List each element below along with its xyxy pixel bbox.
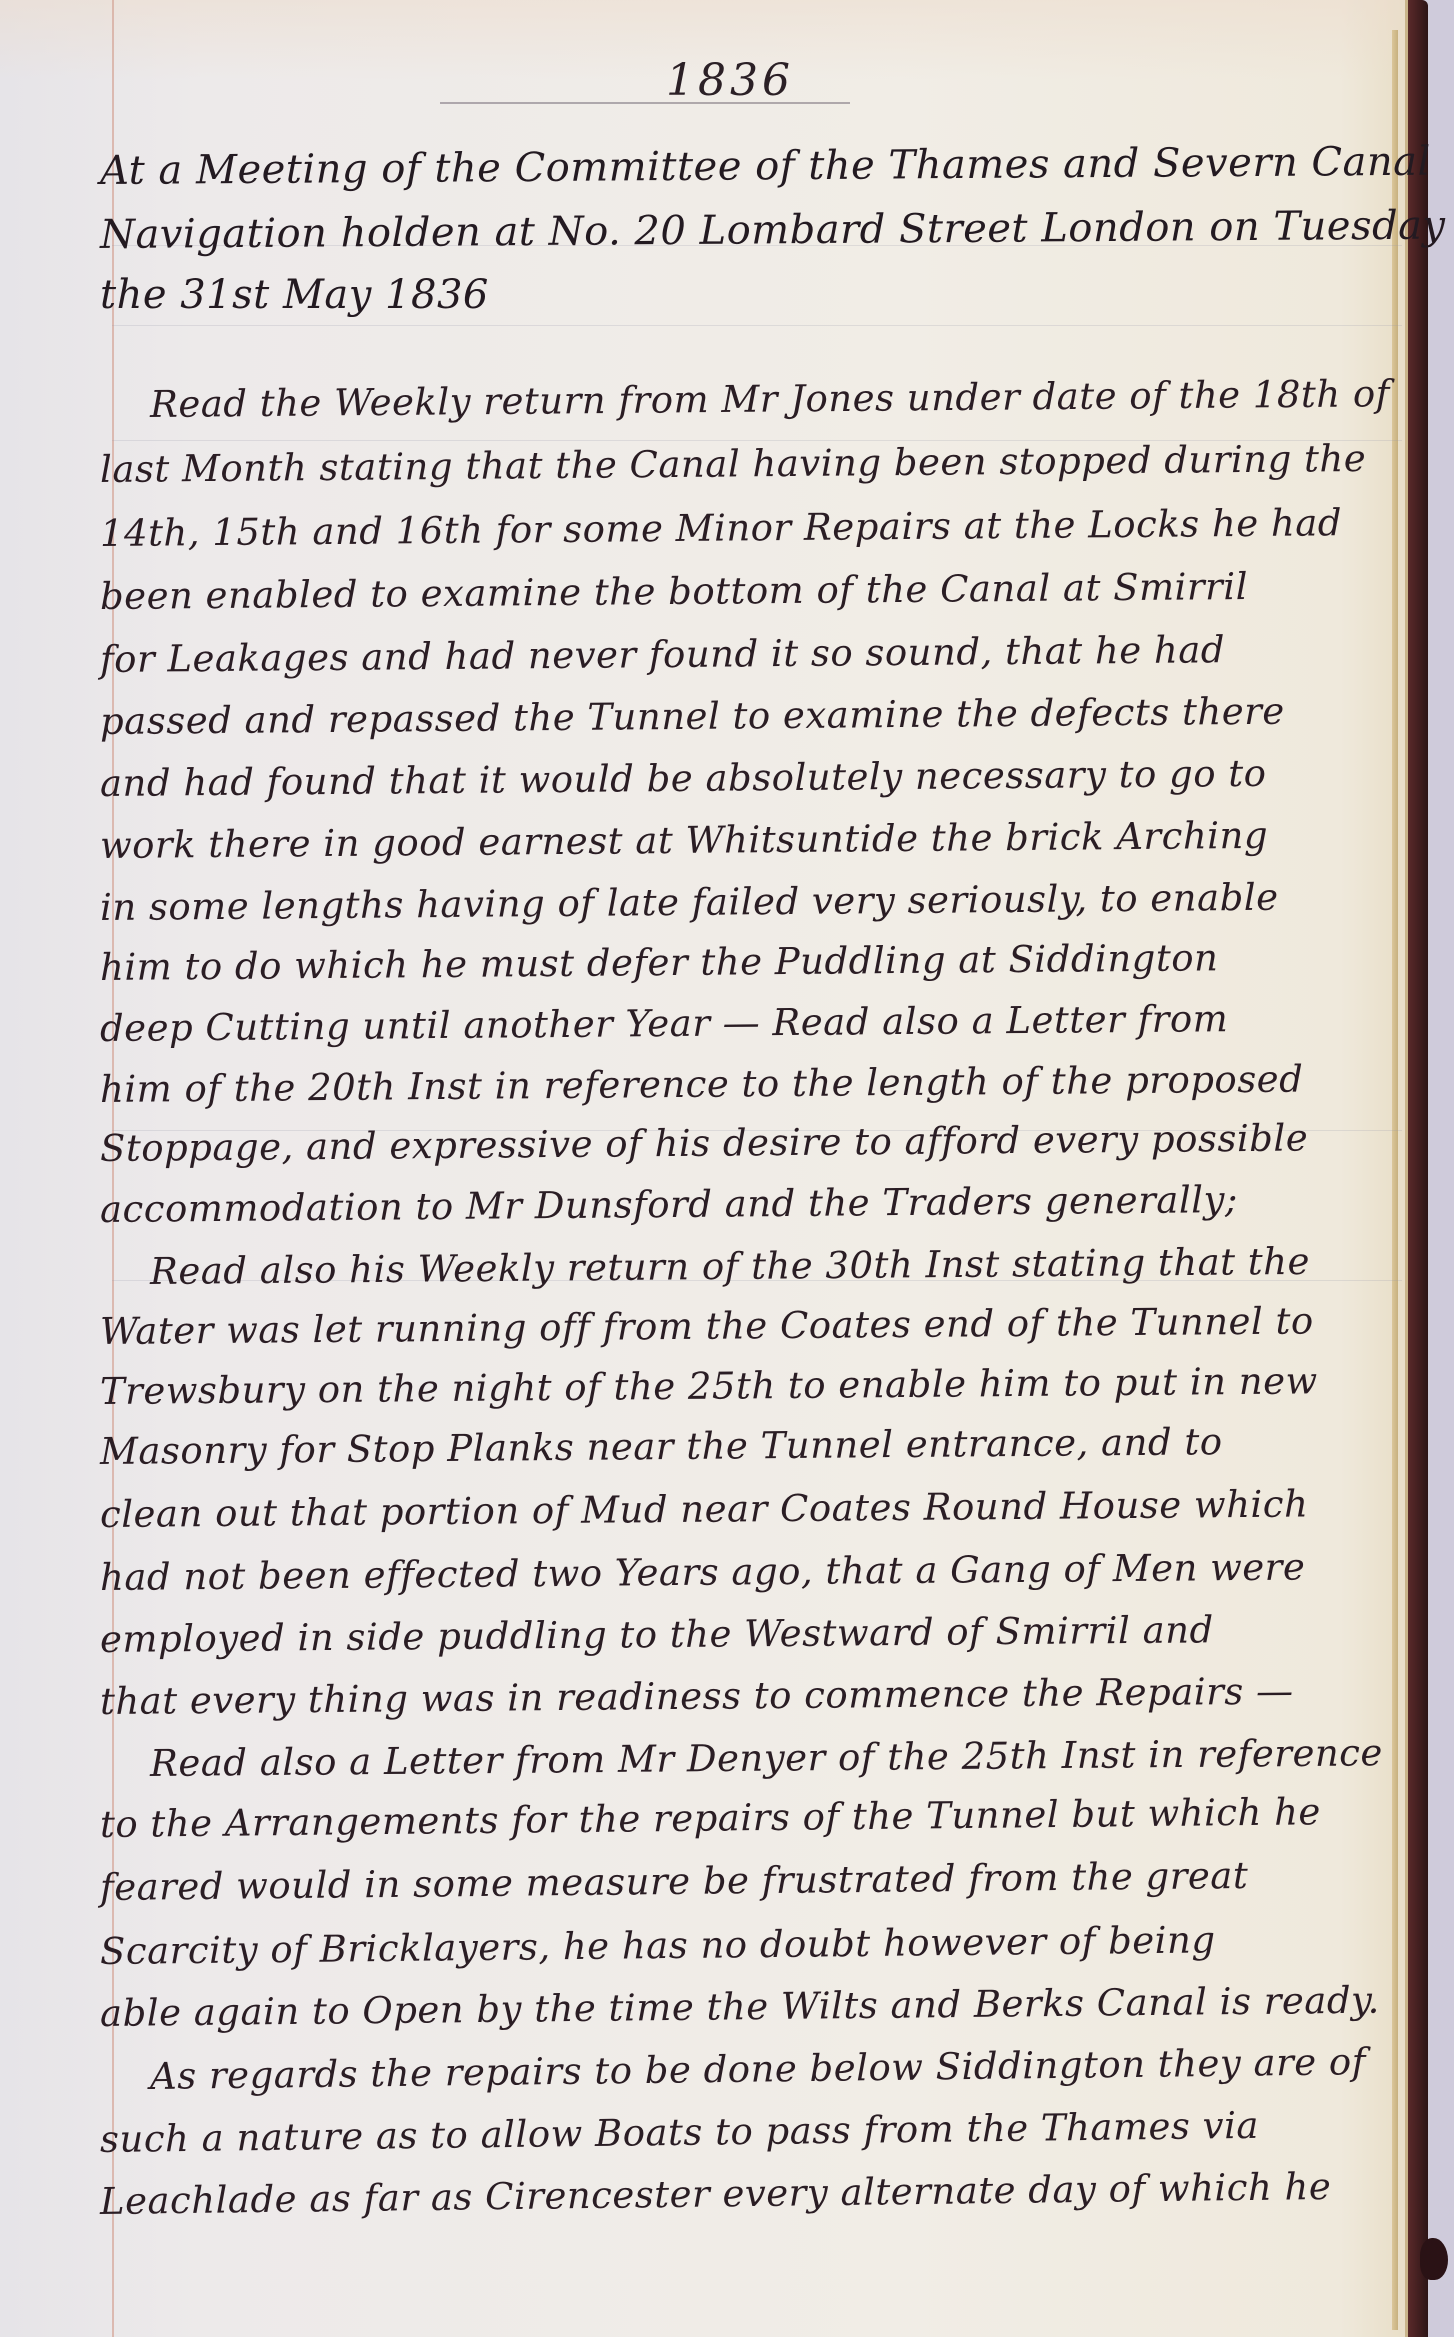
ruled-line [112,325,1402,326]
ink-blot [1420,2238,1448,2280]
book-binding [1408,0,1428,2337]
heading-line-2: Navigation holden at No. 20 Lombard Stre… [100,203,1400,258]
heading-line-1: At a Meeting of the Committee of the Tha… [100,139,1400,194]
year-underline [440,102,850,104]
heading-line-3: the 31st May 1836 [100,272,1400,318]
year-heading: 1836 [560,55,900,106]
